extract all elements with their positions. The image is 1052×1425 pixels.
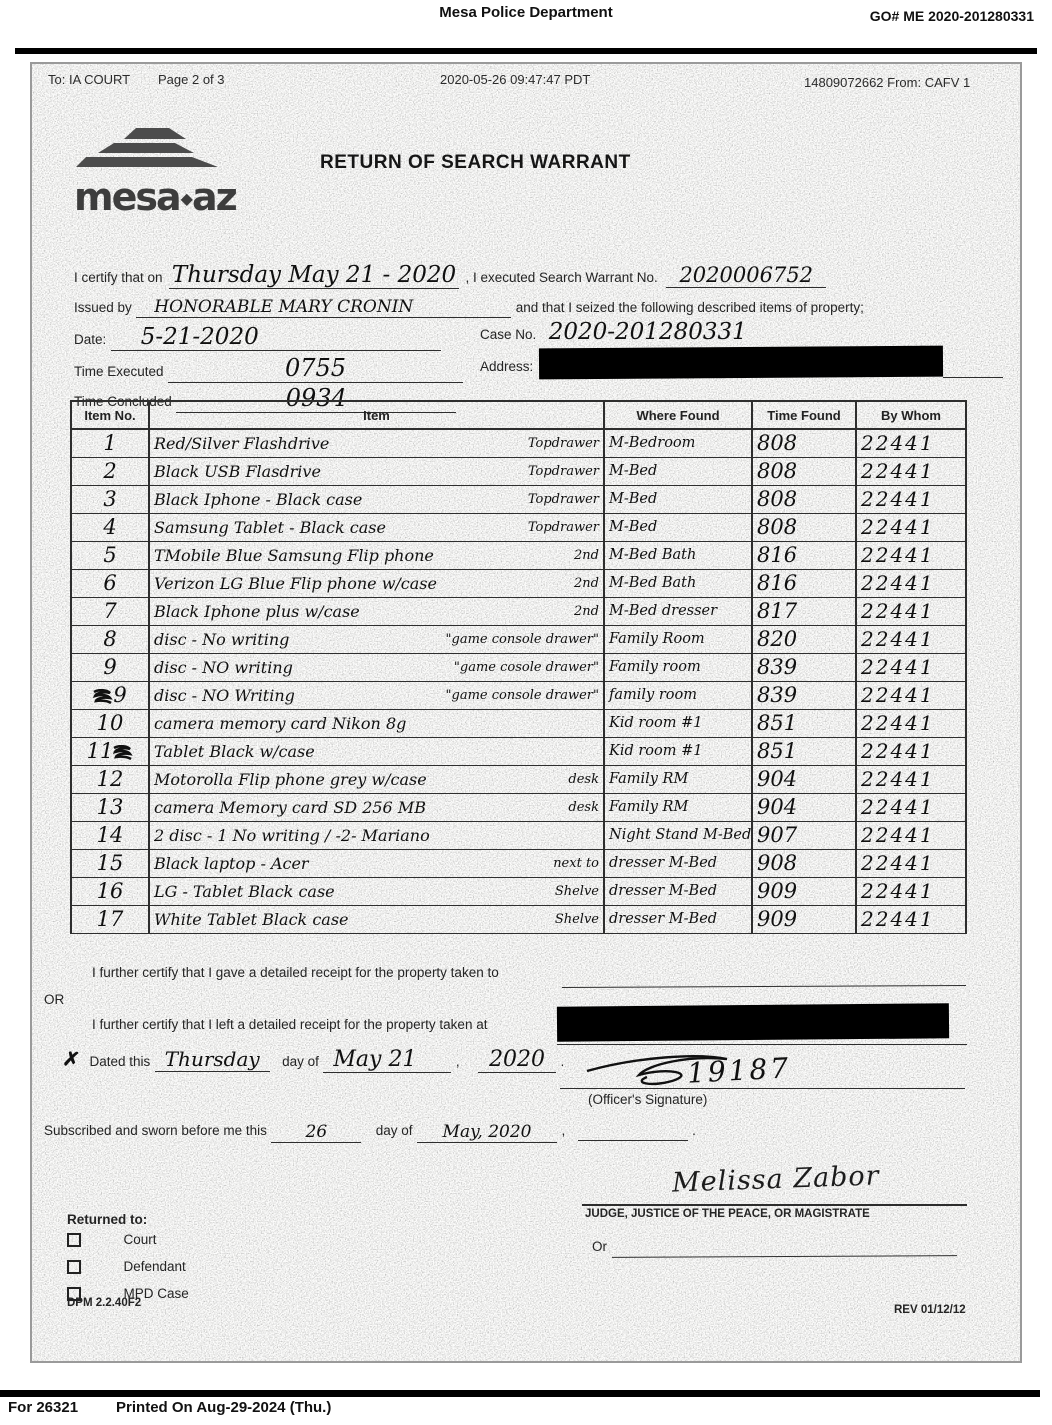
left-receipt-line: I further certify that I left a detailed… [92, 1016, 487, 1034]
table-row: 11 Tablet Black w/case Kid room #1 851 2… [71, 737, 966, 765]
time-found-handwritten: 851 [752, 709, 856, 737]
item-location-note-handwritten: "game console drawer" [446, 632, 599, 647]
table-row: 16 LG - Tablet Black caseShelve dresser … [71, 877, 966, 905]
time-found-handwritten: 808 [752, 485, 856, 513]
item-number-handwritten: 11 [87, 739, 114, 763]
by-whom-handwritten: 22441 [856, 513, 966, 541]
where-found-handwritten: M-Bedroom [604, 429, 752, 457]
go-number: GO# ME 2020-201280331 [870, 8, 1034, 24]
table-row: 1 Red/Silver FlashdriveTopdrawer M-Bedro… [71, 429, 966, 457]
item-description-handwritten: disc - NO Writing [154, 686, 295, 705]
item-location-note-handwritten: 2nd [574, 604, 599, 619]
table-row: 8 disc - No writing"game console drawer"… [71, 625, 966, 653]
fax-to: To: IA COURT [48, 72, 130, 87]
location-redaction-bar [557, 1003, 949, 1041]
returned-option-label: Defendant [123, 1259, 185, 1274]
by-whom-handwritten: 22441 [856, 905, 966, 933]
item-number-handwritten: 9 [103, 655, 116, 679]
item-location-note-handwritten: next to [553, 856, 599, 871]
col-where-found: Where Found [604, 401, 752, 429]
item-description-handwritten: disc - NO writing [154, 658, 293, 677]
where-found-handwritten: dresser M-Bed [604, 877, 752, 905]
item-description-handwritten: Black laptop - Acer [154, 854, 309, 873]
officer-badge-number-handwritten: 19187 [686, 1051, 792, 1089]
where-found-handwritten: family room [604, 681, 752, 709]
sworn-row: Subscribed and sworn before me this 26 d… [44, 1122, 696, 1143]
item-number-handwritten: 15 [97, 851, 124, 875]
item-description-handwritten: LG - Tablet Black case [154, 882, 335, 901]
by-whom-handwritten: 22441 [856, 457, 966, 485]
item-location-note-handwritten: Topdrawer [528, 520, 599, 535]
scribble-icon [93, 689, 113, 704]
by-whom-handwritten: 22441 [856, 765, 966, 793]
table-row: 4 Samsung Tablet - Black caseTopdrawer M… [71, 513, 966, 541]
time-found-handwritten: 909 [752, 905, 856, 933]
by-whom-handwritten: 22441 [856, 849, 966, 877]
judge-signature-line [582, 1204, 967, 1206]
logo-diamond-icon: ◆ [180, 189, 192, 208]
table-row: 2 Black USB FlasdriveTopdrawer M-Bed 808… [71, 457, 966, 485]
checkbox-icon [67, 1260, 81, 1274]
item-number-handwritten: 1 [103, 431, 116, 455]
by-whom-handwritten: 22441 [856, 597, 966, 625]
table-row: 10 camera memory card Nikon 8g Kid room … [71, 709, 966, 737]
item-description-handwritten: camera memory card Nikon 8g [154, 714, 406, 733]
by-whom-handwritten: 22441 [856, 793, 966, 821]
by-whom-handwritten: 22441 [856, 569, 966, 597]
item-number-handwritten: 16 [97, 879, 124, 903]
judge-signature-label: JUDGE, JUSTICE OF THE PEACE, OR MAGISTRA… [585, 1208, 870, 1220]
item-location-note-handwritten: 2nd [574, 548, 599, 563]
time-found-handwritten: 839 [752, 681, 856, 709]
item-location-note-handwritten: 2nd [574, 576, 599, 591]
table-row: 17 White Tablet Black caseShelve dresser… [71, 905, 966, 933]
by-whom-handwritten: 22441 [856, 485, 966, 513]
item-description-handwritten: Black USB Flasdrive [154, 462, 321, 481]
item-description-handwritten: TMobile Blue Samsung Flip phone [154, 546, 434, 565]
dated-row: Dated this Thursday day of May 21 , 2020… [64, 1047, 564, 1073]
date-row: Date: 5-21-2020 [74, 324, 441, 351]
item-number-handwritten: 8 [103, 627, 116, 651]
table-row: 15 Black laptop - Acernext to dresser M-… [71, 849, 966, 877]
page: Mesa Police Department GO# ME 2020-20128… [0, 0, 1052, 1425]
item-description-handwritten: Black Iphone plus w/case [154, 602, 360, 621]
item-number-handwritten: 2 [103, 459, 116, 483]
item-number-handwritten: 6 [103, 571, 116, 595]
item-description-handwritten: Verizon LG Blue Flip phone w/case [154, 574, 437, 593]
item-description-handwritten: White Tablet Black case [154, 910, 349, 929]
time-found-handwritten: 816 [752, 541, 856, 569]
scribble-icon [113, 745, 133, 760]
dated-year-handwritten: 2020 [478, 1047, 556, 1073]
time-found-handwritten: 808 [752, 513, 856, 541]
time-found-handwritten: 808 [752, 429, 856, 457]
scanned-document: To: IA COURT Page 2 of 3 2020-05-26 09:4… [30, 62, 1022, 1363]
col-item: Item [149, 401, 604, 429]
issued-by-handwritten: HONORABLE MARY CRONIN [136, 297, 511, 318]
item-description-handwritten: Tablet Black w/case [154, 742, 315, 761]
fax-datetime: 2020-05-26 09:47:47 PDT [440, 72, 590, 87]
where-found-handwritten: Night Stand M-Bed [604, 821, 752, 849]
seized-items-table: Item No. Item Where Found Time Found By … [70, 400, 967, 934]
certified-date-handwritten: Thursday May 21 - 2020 [169, 262, 459, 289]
table-row: 14 2 disc - 1 No writing / -2- Mariano N… [71, 821, 966, 849]
where-found-handwritten: Kid room #1 [604, 709, 752, 737]
table-row: 5 TMobile Blue Samsung Flip phone2nd M-B… [71, 541, 966, 569]
mesa-az-logo: mesa◆az [74, 126, 236, 219]
returned-option-row: Court [67, 1232, 267, 1252]
item-description-handwritten: Samsung Tablet - Black case [154, 518, 386, 537]
returned-option-label: Court [123, 1232, 156, 1247]
certification-line-2: Issued by HONORABLE MARY CRONIN and that… [74, 297, 1004, 318]
time-executed-row: Time Executed 0755 [74, 354, 463, 383]
item-description-handwritten: 2 disc - 1 No writing / -2- Mariano [154, 826, 430, 845]
case-number-handwritten: 2020-201280331 [549, 319, 747, 345]
item-description-handwritten: Motorolla Flip phone grey w/case [154, 770, 427, 789]
item-location-note-handwritten: desk [568, 800, 599, 815]
address-label: Address: [480, 359, 533, 374]
fax-from: 14809072662 From: CAFV 1 [804, 75, 970, 90]
item-number-handwritten: 7 [103, 599, 116, 623]
dated-day-handwritten: Thursday [155, 1047, 270, 1072]
time-found-handwritten: 904 [752, 765, 856, 793]
fax-page: Page 2 of 3 [158, 72, 225, 87]
item-number-handwritten: 10 [97, 711, 124, 735]
item-number-handwritten: 3 [103, 487, 116, 511]
address-redaction-bar [539, 346, 943, 380]
by-whom-handwritten: 22441 [856, 541, 966, 569]
item-number-handwritten: 12 [97, 767, 124, 791]
item-location-note-handwritten: Topdrawer [528, 492, 599, 507]
warrant-number-handwritten: 2020006752 [666, 263, 826, 288]
table-row: 12 Motorolla Flip phone grey w/casedesk … [71, 765, 966, 793]
form-number: DPM 2.2.40F2 [67, 1297, 141, 1309]
item-location-note-handwritten: Shelve [555, 912, 599, 927]
sworn-day-handwritten: 26 [271, 1122, 361, 1143]
left-receipt-blank-line [557, 1044, 967, 1045]
time-found-handwritten: 820 [752, 625, 856, 653]
bottom-divider-bar [0, 1390, 1040, 1397]
time-found-handwritten: 908 [752, 849, 856, 877]
table-row: 3 Black Iphone - Black caseTopdrawer M-B… [71, 485, 966, 513]
where-found-handwritten: M-Bed dresser [604, 597, 752, 625]
case-row: Case No. 2020-201280331 [480, 319, 747, 345]
where-found-handwritten: Family RM [604, 765, 752, 793]
x-marked-checkbox-icon [64, 1051, 79, 1066]
where-found-handwritten: dresser M-Bed [604, 849, 752, 877]
officer-signature-label: (Officer's Signature) [588, 1092, 707, 1107]
returned-to-label: Returned to: [67, 1212, 147, 1227]
item-location-note-handwritten: Topdrawer [528, 436, 599, 451]
item-number-handwritten: 9 [113, 683, 126, 707]
time-found-handwritten: 817 [752, 597, 856, 625]
where-found-handwritten: dresser M-Bed [604, 905, 752, 933]
table-row: 9 disc - NO Writing"game console drawer"… [71, 681, 966, 709]
or-label: OR [44, 992, 64, 1007]
print-footer: For 26321Printed On Aug-29-2024 (Thu.) [8, 1399, 369, 1416]
time-found-handwritten: 851 [752, 737, 856, 765]
address-line [943, 377, 1003, 378]
item-number-handwritten: 17 [97, 907, 124, 931]
dated-date-handwritten: May 21 [323, 1047, 451, 1073]
checkbox-icon [67, 1233, 81, 1247]
date-handwritten: 5-21-2020 [111, 324, 441, 351]
table-row: 6 Verizon LG Blue Flip phone w/case2nd M… [71, 569, 966, 597]
by-whom-handwritten: 22441 [856, 877, 966, 905]
mesa-mountain-logo-icon [74, 126, 234, 170]
item-description-handwritten: camera Memory card SD 256 MB [154, 798, 426, 817]
certification-line-1: I certify that on Thursday May 21 - 2020… [74, 262, 994, 289]
by-whom-handwritten: 22441 [856, 821, 966, 849]
time-found-handwritten: 816 [752, 569, 856, 597]
where-found-handwritten: Kid room #1 [604, 737, 752, 765]
item-location-note-handwritten: "game console drawer" [446, 688, 599, 703]
item-number-handwritten: 13 [97, 795, 124, 819]
item-location-note-handwritten: Shelve [555, 884, 599, 899]
judge-signature-handwritten: Melissa Zabor [672, 1160, 881, 1198]
time-found-handwritten: 839 [752, 653, 856, 681]
where-found-handwritten: Family room [604, 653, 752, 681]
where-found-handwritten: M-Bed Bath [604, 541, 752, 569]
item-description-handwritten: Red/Silver Flashdrive [154, 434, 329, 453]
time-found-handwritten: 909 [752, 877, 856, 905]
by-whom-handwritten: 22441 [856, 737, 966, 765]
where-found-handwritten: Family Room [604, 625, 752, 653]
item-description-handwritten: Black Iphone - Black case [154, 490, 362, 509]
item-location-note-handwritten: desk [568, 772, 599, 787]
logo-wordmark: mesa◆az [74, 175, 236, 219]
by-whom-handwritten: 22441 [856, 709, 966, 737]
gave-receipt-blank-line [562, 985, 966, 988]
gave-receipt-line: I further certify that I gave a detailed… [92, 964, 1002, 982]
time-found-handwritten: 907 [752, 821, 856, 849]
sworn-month-handwritten: May, 2020 [417, 1122, 557, 1143]
table-row: 9 disc - NO writing"game cosole drawer" … [71, 653, 966, 681]
col-item-no: Item No. [71, 401, 149, 429]
print-footer-date: Printed On Aug-29-2024 (Thu.) [116, 1399, 331, 1416]
col-time-found: Time Found [752, 401, 856, 429]
item-number-handwritten: 4 [103, 515, 116, 539]
by-whom-handwritten: 22441 [856, 681, 966, 709]
print-footer-for: For 26321 [8, 1399, 78, 1416]
item-location-note-handwritten: "game cosole drawer" [454, 660, 599, 675]
by-whom-handwritten: 22441 [856, 625, 966, 653]
where-found-handwritten: M-Bed [604, 457, 752, 485]
table-row: 13 camera Memory card SD 256 MBdesk Fami… [71, 793, 966, 821]
where-found-handwritten: M-Bed [604, 513, 752, 541]
item-description-handwritten: disc - No writing [154, 630, 289, 649]
top-divider-bar [15, 48, 1037, 54]
revision-number: REV 01/12/12 [894, 1304, 966, 1316]
table-header-row: Item No. Item Where Found Time Found By … [71, 401, 966, 429]
time-found-handwritten: 904 [752, 793, 856, 821]
by-whom-handwritten: 22441 [856, 653, 966, 681]
item-number-handwritten: 14 [97, 823, 124, 847]
col-by-whom: By Whom [856, 401, 966, 429]
by-whom-handwritten: 22441 [856, 429, 966, 457]
table-row: 7 Black Iphone plus w/case2nd M-Bed dres… [71, 597, 966, 625]
officer-signature-line [560, 1088, 965, 1089]
document-title: RETURN OF SEARCH WARRANT [320, 152, 631, 174]
where-found-handwritten: M-Bed Bath [604, 569, 752, 597]
time-executed-handwritten: 0755 [168, 354, 463, 383]
item-location-note-handwritten: Topdrawer [528, 464, 599, 479]
judge-or-label: Or [592, 1239, 607, 1254]
time-found-handwritten: 808 [752, 457, 856, 485]
returned-option-row: Defendant [67, 1259, 267, 1279]
where-found-handwritten: M-Bed [604, 485, 752, 513]
where-found-handwritten: Family RM [604, 793, 752, 821]
judge-or-line [612, 1255, 957, 1258]
item-number-handwritten: 5 [103, 543, 116, 567]
